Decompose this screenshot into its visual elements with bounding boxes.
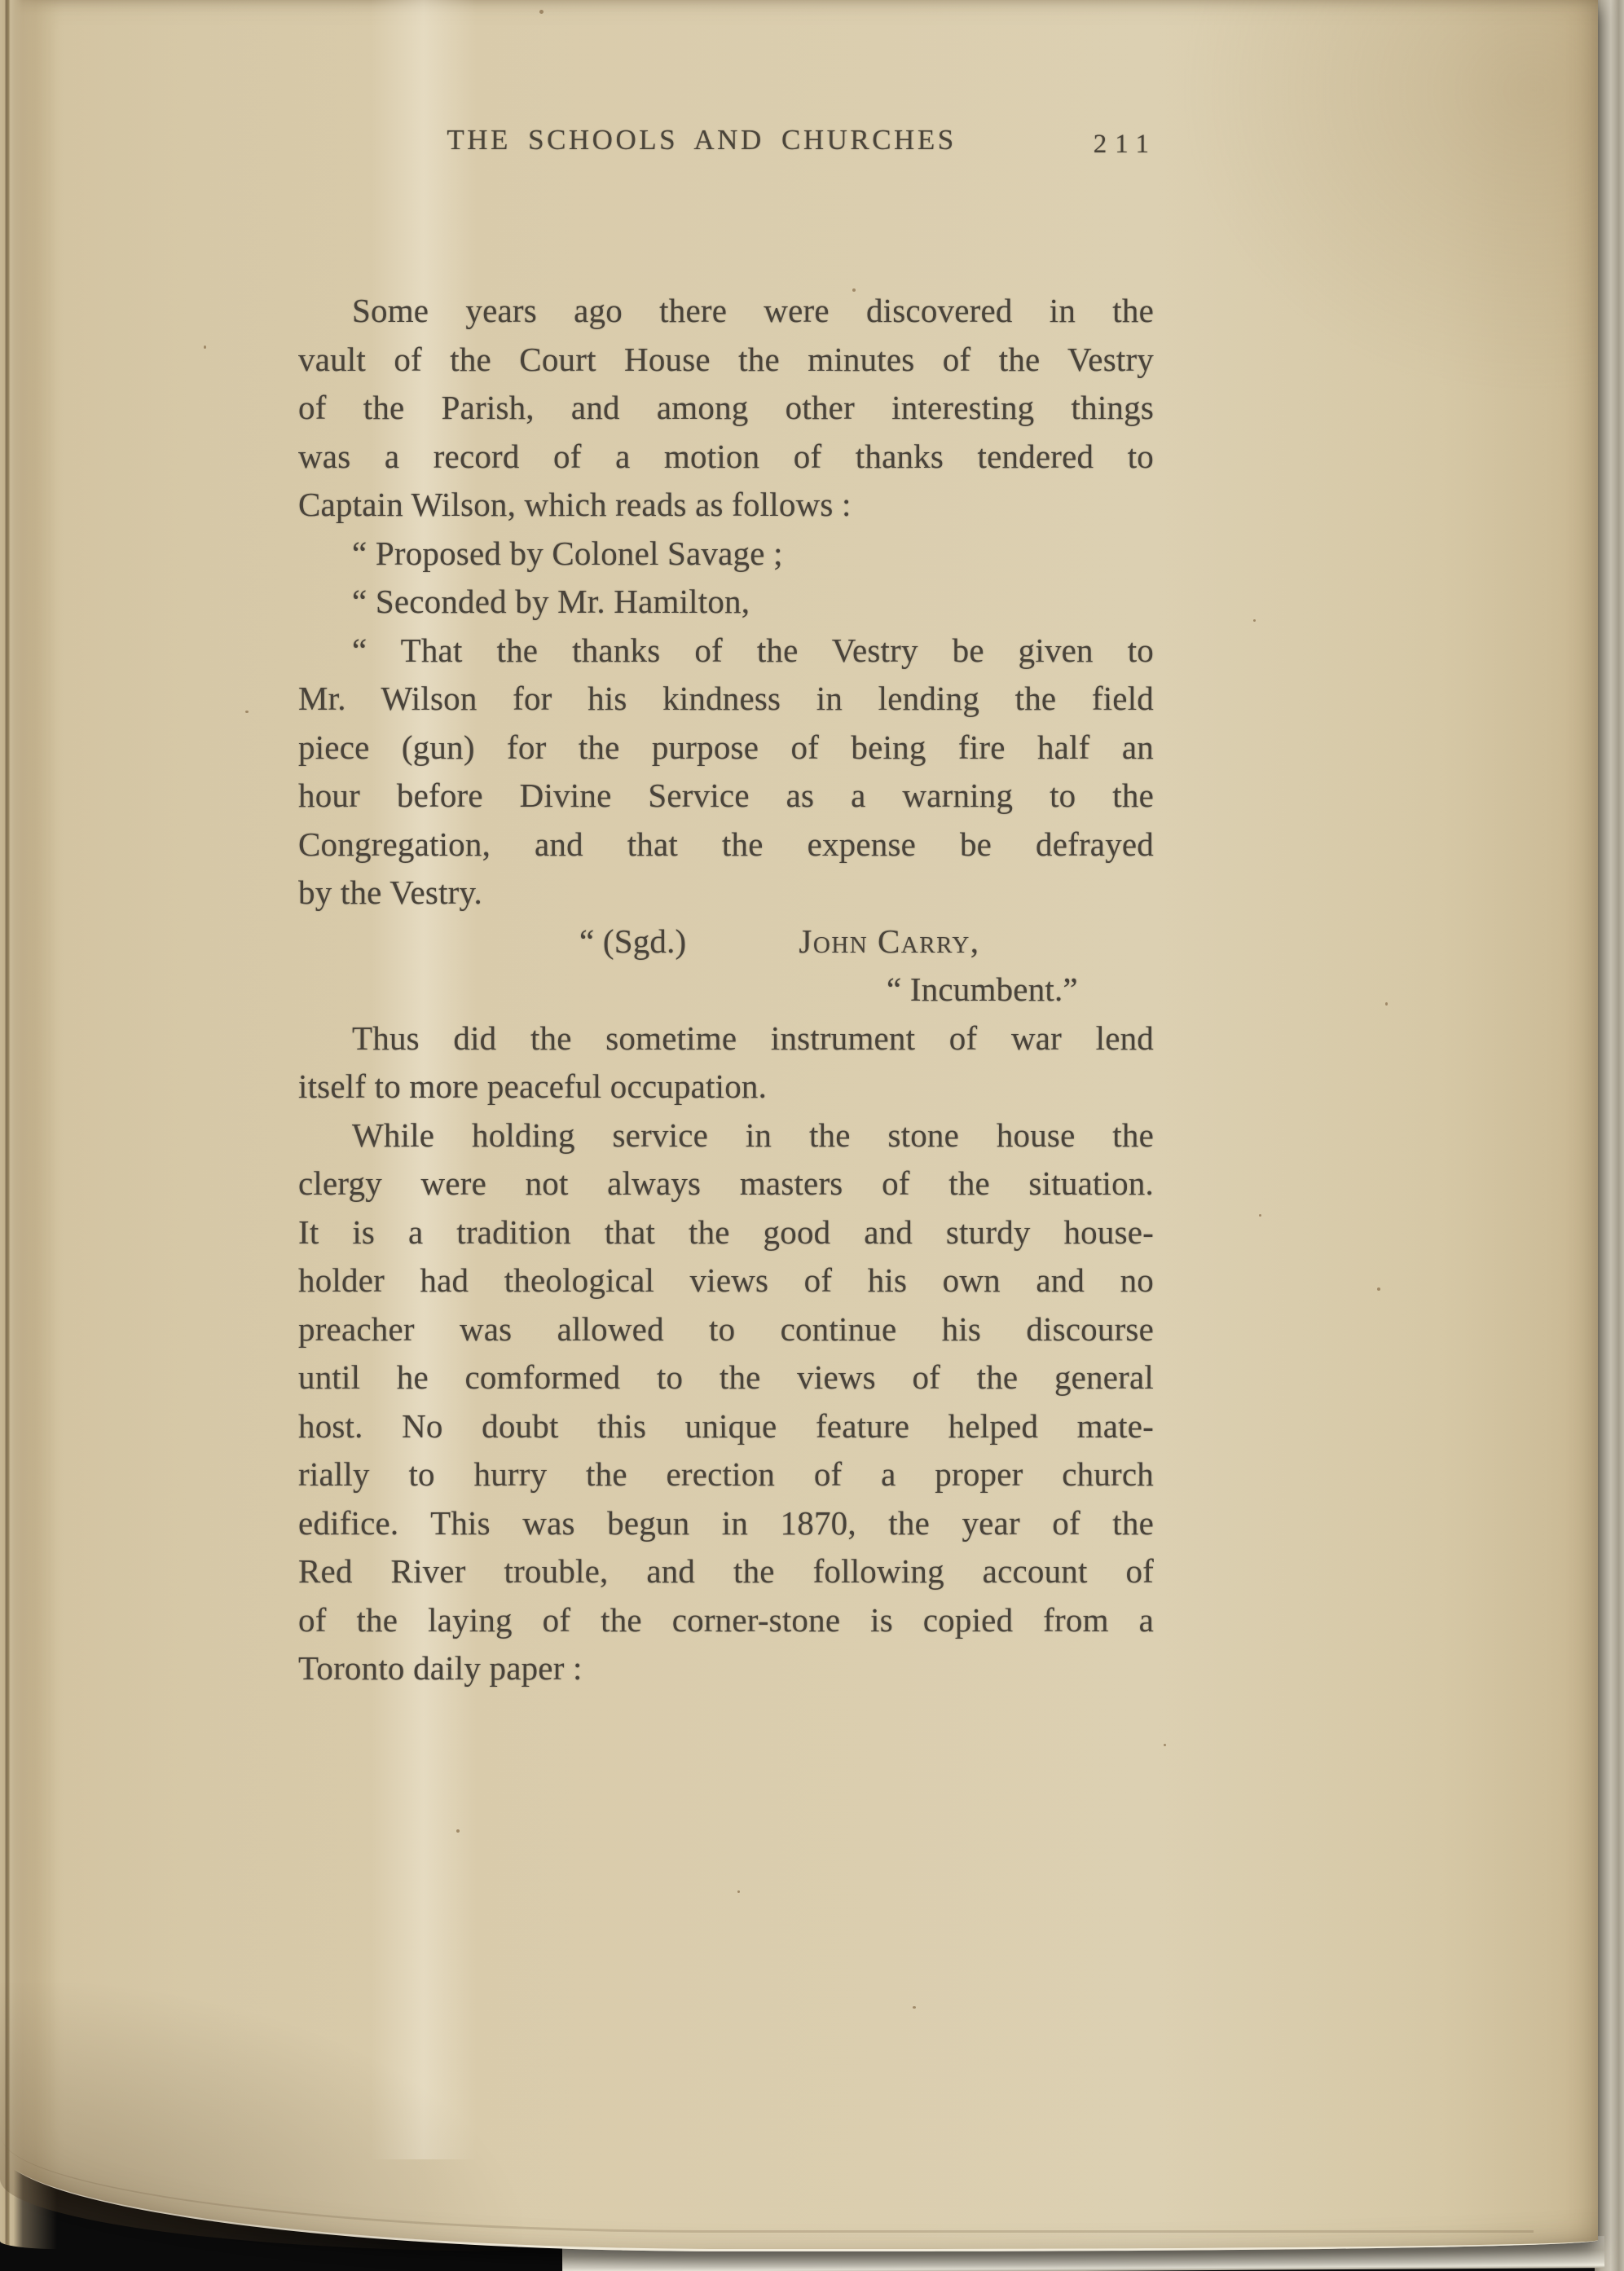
text-line: Thus did the sometime instrument of war … bbox=[298, 1014, 1154, 1063]
signature-role-row: “ Incumbent.” bbox=[298, 966, 1154, 1014]
text-line: rially to hurry the erection of a proper… bbox=[298, 1450, 1154, 1499]
text-line: holder had theological views of his own … bbox=[298, 1257, 1154, 1305]
body-lines-before-signature: Some years ago there were discovered in … bbox=[298, 287, 1154, 918]
page-stack-right-edge bbox=[1595, 0, 1624, 2271]
text-line: vault of the Court House the minutes of … bbox=[298, 336, 1154, 385]
paper-speck bbox=[456, 1829, 460, 1833]
binding-gutter-shadow bbox=[0, 0, 57, 2249]
text-line: until he comformed to the views of the g… bbox=[298, 1353, 1154, 1402]
paper-speck bbox=[1253, 619, 1256, 622]
text-line: Red River trouble, and the following acc… bbox=[298, 1547, 1154, 1596]
body-text: Some years ago there were discovered in … bbox=[298, 287, 1154, 1693]
page-header: THE SCHOOLS AND CHURCHES 211 bbox=[298, 124, 1154, 176]
paper-speck bbox=[1385, 1002, 1388, 1006]
text-line: host. No doubt this unique feature helpe… bbox=[298, 1402, 1154, 1451]
paper-speck bbox=[737, 1890, 740, 1893]
text-line: hour before Divine Service as a warning … bbox=[298, 772, 1154, 821]
text-line: of the laying of the corner-stone is cop… bbox=[298, 1596, 1154, 1645]
text-line: of the Parish, and among other interesti… bbox=[298, 384, 1154, 433]
text-line: clergy were not always masters of the si… bbox=[298, 1160, 1154, 1208]
signature-name: John Carry, bbox=[799, 922, 979, 960]
text-line: Mr. Wilson for his kindness in lending t… bbox=[298, 675, 1154, 724]
text-line: Some years ago there were discovered in … bbox=[298, 287, 1154, 336]
text-line: preacher was allowed to continue his dis… bbox=[298, 1305, 1154, 1354]
signature-row: “ (Sgd.)John Carry, bbox=[298, 918, 1154, 966]
text-line: itself to more peaceful occupation. bbox=[298, 1063, 1154, 1111]
running-title: THE SCHOOLS AND CHURCHES bbox=[298, 124, 1105, 156]
paper-speck bbox=[913, 2006, 916, 2009]
paper-speck bbox=[1377, 1287, 1380, 1291]
page-bottom-crease bbox=[2, 1986, 1534, 2233]
paper-speck bbox=[204, 345, 206, 349]
text-line: Congregation, and that the expense be de… bbox=[298, 821, 1154, 869]
book-page: THE SCHOOLS AND CHURCHES 211 Some years … bbox=[0, 0, 1598, 2251]
book-scan: THE SCHOOLS AND CHURCHES 211 Some years … bbox=[0, 0, 1624, 2271]
signature-sgd: “ (Sgd.) bbox=[579, 922, 686, 960]
signature-role: “ Incumbent.” bbox=[887, 970, 1078, 1008]
text-line: by the Vestry. bbox=[298, 869, 1154, 918]
text-line: While holding service in the stone house… bbox=[298, 1111, 1154, 1160]
text-line: was a record of a motion of thanks tende… bbox=[298, 433, 1154, 482]
text-line: “ That the thanks of the Vestry be given… bbox=[298, 627, 1154, 676]
text-line: “ Seconded by Mr. Hamilton, bbox=[298, 578, 1154, 627]
page-number: 211 bbox=[1094, 130, 1157, 160]
text-line: Toronto daily paper : bbox=[298, 1644, 1154, 1693]
paper-speck bbox=[1259, 1214, 1261, 1217]
paper-speck bbox=[1164, 1744, 1166, 1746]
text-line: edifice. This was begun in 1870, the yea… bbox=[298, 1499, 1154, 1548]
text-line: “ Proposed by Colonel Savage ; bbox=[298, 530, 1154, 579]
paper-speck bbox=[539, 10, 544, 14]
text-line: It is a tradition that the good and stur… bbox=[298, 1208, 1154, 1257]
text-line: Captain Wilson, which reads as follows : bbox=[298, 481, 1154, 530]
text-line: piece (gun) for the purpose of being fir… bbox=[298, 724, 1154, 772]
paper-speck bbox=[245, 711, 249, 713]
body-lines-after-signature: Thus did the sometime instrument of war … bbox=[298, 1014, 1154, 1693]
